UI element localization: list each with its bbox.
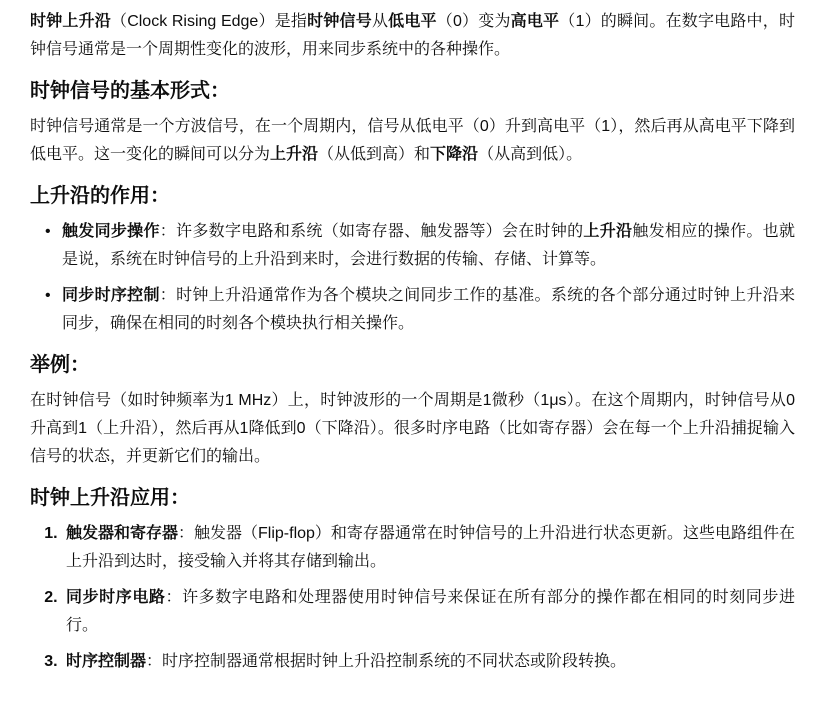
list-item-flipflop-register: 触发器和寄存器：触发器（Flip-flop）和寄存器通常在时钟信号的上升沿进行状…	[62, 520, 795, 576]
heading-rising-edge-function: 上升沿的作用：	[30, 183, 795, 209]
document-page: 时钟上升沿（Clock Rising Edge）是指时钟信号从低电平（0）变为高…	[0, 0, 813, 709]
list-item-trigger-sync-operation: 触发同步操作：许多数字电路和系统（如寄存器、触发器等）会在时钟的上升沿触发相应的…	[62, 218, 795, 274]
list-item-sync-timing-control: 同步时序控制：时钟上升沿通常作为各个模块之间同步工作的基准。系统的各个部分通过时…	[62, 282, 795, 338]
rising-edge-function-list: 触发同步操作：许多数字电路和系统（如寄存器、触发器等）会在时钟的上升沿触发相应的…	[30, 218, 795, 338]
heading-example: 举例：	[30, 352, 795, 378]
basic-form-paragraph: 时钟信号通常是一个方波信号，在一个周期内，信号从低电平（0）升到高电平（1），然…	[30, 113, 795, 169]
list-item-sync-sequential-circuit: 同步时序电路：许多数字电路和处理器使用时钟信号来保证在所有部分的操作都在相同的时…	[62, 584, 795, 640]
heading-rising-edge-applications: 时钟上升沿应用：	[30, 485, 795, 511]
example-paragraph: 在时钟信号（如时钟频率为1 MHz）上，时钟波形的一个周期是1微秒（1μs）。在…	[30, 387, 795, 471]
rising-edge-applications-list: 触发器和寄存器：触发器（Flip-flop）和寄存器通常在时钟信号的上升沿进行状…	[30, 520, 795, 676]
intro-paragraph: 时钟上升沿（Clock Rising Edge）是指时钟信号从低电平（0）变为高…	[30, 8, 795, 64]
list-item-timing-controller: 时序控制器：时序控制器通常根据时钟上升沿控制系统的不同状态或阶段转换。	[62, 648, 795, 676]
heading-clock-signal-basic-form: 时钟信号的基本形式：	[30, 78, 795, 104]
